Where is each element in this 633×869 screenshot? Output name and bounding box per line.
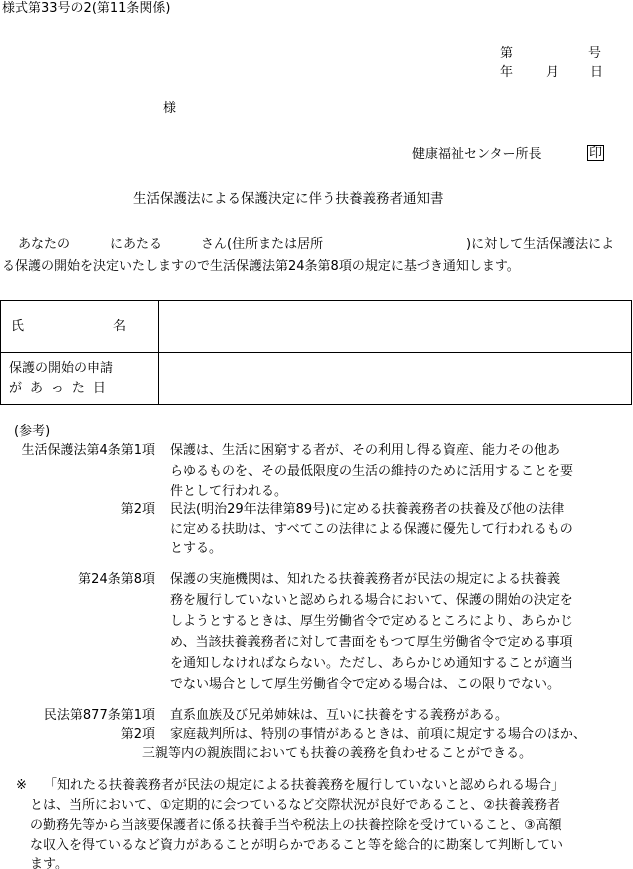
form-number: 様式第33号の2(第11条関係) xyxy=(2,2,171,15)
reference-text-line: でない場合として厚生労働省令で定める場合は、この限りでない。 xyxy=(170,678,560,691)
application-date-value-cell[interactable] xyxy=(159,353,632,405)
reference-text-line: 直系血族及び兄弟姉妹は、互いに扶養をする義務がある。 xyxy=(170,709,508,722)
intro-part3: さん(住所または居所 xyxy=(201,238,323,251)
reference-text-line: 保護は、生活に困窮する者が、その利用し得る資産、能力その他あ xyxy=(170,444,560,457)
application-date-label-cell: 保護の開始の申請 があった日 xyxy=(1,353,159,405)
number-suffix: 号 xyxy=(588,47,601,60)
date-day: 日 xyxy=(590,66,603,79)
note-mark: ※ xyxy=(16,779,27,792)
reference-text-line: 三親等内の親族間においても扶養の義務を負わせることができる。 xyxy=(142,747,532,760)
reference-text-line: 保護の実施機関は、知れたる扶養義務者が民法の規定による扶養義 xyxy=(170,573,560,586)
note-text-line: ます。 xyxy=(30,858,68,869)
name-value-cell[interactable] xyxy=(159,301,632,353)
reference-text-line: 家庭裁判所は、特別の事情があるときは、前項に規定する場合のほか、 xyxy=(170,728,586,741)
reference-text-line: しようとするときは、厚生労働省令で定めるところにより、あらかじ xyxy=(170,615,573,628)
table-row-application-date: 保護の開始の申請 があった日 xyxy=(1,353,632,405)
name-label-left: 氏 xyxy=(11,320,24,333)
note-text-line: とは、当所において、①定期的に会つているなど交際状況が良好であること、②扶養義務… xyxy=(30,799,560,812)
name-label-right: 名 xyxy=(113,320,126,333)
reference-text-line: 務を履行していないと認められる場合において、保護の開始の決定を xyxy=(170,594,573,607)
application-date-label-line1: 保護の開始の申請 xyxy=(9,359,158,379)
reference-label-civil877-1: 民法第877条第1項 xyxy=(44,709,155,722)
reference-text-line: らゆるものを、その最低限度の生活の維持のために活用することを要 xyxy=(170,465,573,478)
number-prefix: 第 xyxy=(500,47,513,60)
intro-line2: る保護の開始を決定いたしますので生活保護法第24条第8項の規定に基づき通知します… xyxy=(2,260,520,273)
date-month: 月 xyxy=(546,66,559,79)
issuer: 健康福祉センター所長 xyxy=(412,148,541,161)
name-label-cell: 氏 名 xyxy=(1,301,159,353)
note-text-line: な収入を得ているなど資力があることが明らかであること等を総合的に勘案して判断して… xyxy=(30,839,563,852)
reference-text-line: 民法(明治29年法律第89号)に定める扶養義務者の扶養及び他の法律 xyxy=(170,503,564,516)
date-year: 年 xyxy=(500,66,513,79)
reference-label-art24-8: 第24条第8項 xyxy=(78,573,155,586)
reference-text-line: に定める扶助は、すべてこの法律による保護に優先して行われるもの xyxy=(170,523,573,536)
application-date-label-line2: があった日 xyxy=(9,379,158,399)
reference-label-art4-1: 生活保護法第4条第1項 xyxy=(21,444,155,457)
seal-stamp: 印 xyxy=(587,145,604,161)
intro-part4: )に対して生活保護法によ xyxy=(466,238,614,251)
recipient-info-table: 氏 名 保護の開始の申請 があった日 xyxy=(0,300,632,405)
reference-text-line: め、当該扶養義務者に対して書面をもつて厚生労働省令で定める事項 xyxy=(170,636,572,649)
intro-part1: あなたの xyxy=(18,238,70,251)
note-text-line: の勤務先等から当該要保護者に係る扶養手当や税法上の扶養控除を受けていること、③高… xyxy=(30,819,562,832)
reference-heading: (参考) xyxy=(14,425,50,438)
reference-text-line: 件として行われる。 xyxy=(170,485,287,498)
note-text-line: 「知れたる扶養義務者が民法の規定による扶養義務を履行していないと認められる場合」 xyxy=(44,779,564,792)
intro-part2: にあたる xyxy=(110,238,162,251)
document-title: 生活保護法による保護決定に伴う扶養義務者通知書 xyxy=(133,193,444,207)
reference-label-art4-2: 第2項 xyxy=(121,503,155,516)
reference-text-line: とする。 xyxy=(170,542,222,555)
table-row-name: 氏 名 xyxy=(1,301,632,353)
reference-text-line: を通知しなければならない。ただし、あらかじめ通知することが適当 xyxy=(170,657,573,670)
addressee-suffix: 様 xyxy=(163,102,176,115)
reference-label-civil877-2: 第2項 xyxy=(121,728,155,741)
